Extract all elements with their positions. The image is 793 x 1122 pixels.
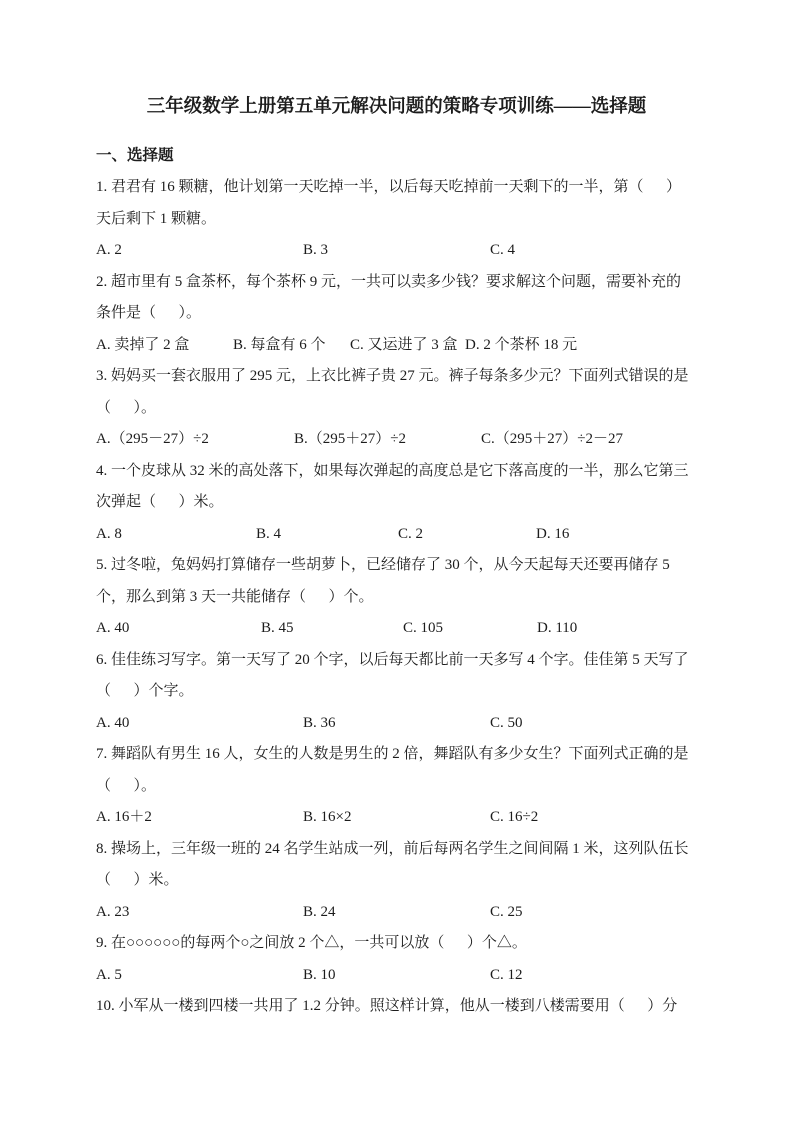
option-item: A. 16＋2 <box>96 802 152 834</box>
question-block: 5. 过冬啦，兔妈妈打算储存一些胡萝卜，已经储存了 30 个，从今天起每天还要再… <box>96 550 697 645</box>
options-row: A. 5B. 10C. 12 <box>96 960 697 992</box>
section-heading: 一、选择题 <box>96 142 697 170</box>
options-row: A. 8B. 4C. 2D. 16 <box>96 519 697 551</box>
question-block: 7. 舞蹈队有男生 16 人，女生的人数是男生的 2 倍，舞蹈队有多少女生？下面… <box>96 739 697 834</box>
question-text-line: （ ）个字。 <box>96 676 697 708</box>
question-block: 4. 一个皮球从 32 米的高处落下，如果每次弹起的高度总是它下落高度的一半，那… <box>96 456 697 551</box>
question-text-line: 8. 操场上，三年级一班的 24 名学生站成一列，前后每两名学生之间间隔 1 米… <box>96 834 697 866</box>
option-item: C. 25 <box>490 897 523 929</box>
question-text-line: 9. 在○○○○○○的每两个○之间放 2 个△，一共可以放（ ）个△。 <box>96 928 697 960</box>
option-item: D. 2 个茶杯 18 元 <box>465 330 577 362</box>
option-item: A.（295－27）÷2 <box>96 424 209 456</box>
options-row: A. 23B. 24C. 25 <box>96 897 697 929</box>
option-item: C. 12 <box>490 960 523 992</box>
option-item: C. 105 <box>403 613 443 645</box>
option-item: A. 5 <box>96 960 122 992</box>
options-row: A. 16＋2B. 16×2C. 16÷2 <box>96 802 697 834</box>
options-row: A. 卖掉了 2 盒B. 每盒有 6 个C. 又运进了 3 盒D. 2 个茶杯 … <box>96 330 697 362</box>
option-item: A. 卖掉了 2 盒 <box>96 330 189 362</box>
option-item: B. 每盒有 6 个 <box>233 330 326 362</box>
option-item: B. 36 <box>303 708 336 740</box>
option-item: C. 4 <box>490 235 515 267</box>
question-text-line: 4. 一个皮球从 32 米的高处落下，如果每次弹起的高度总是它下落高度的一半，那… <box>96 456 697 488</box>
options-row: A. 2B. 3C. 4 <box>96 235 697 267</box>
question-block: 8. 操场上，三年级一班的 24 名学生站成一列，前后每两名学生之间间隔 1 米… <box>96 834 697 929</box>
question-text-line: 10. 小军从一楼到四楼一共用了 1.2 分钟。照这样计算，他从一楼到八楼需要用… <box>96 991 697 1023</box>
option-item: B.（295＋27）÷2 <box>294 424 406 456</box>
question-text-line: 2. 超市里有 5 盒茶杯，每个茶杯 9 元，一共可以卖多少钱？要求解这个问题，… <box>96 267 697 299</box>
option-item: C.（295＋27）÷2－27 <box>481 424 623 456</box>
option-item: A. 8 <box>96 519 122 551</box>
question-text-line: （ ）。 <box>96 393 697 425</box>
question-block: 10. 小军从一楼到四楼一共用了 1.2 分钟。照这样计算，他从一楼到八楼需要用… <box>96 991 697 1023</box>
option-item: C. 2 <box>398 519 423 551</box>
options-row: A. 40B. 45C. 105D. 110 <box>96 613 697 645</box>
question-list: 1. 君君有 16 颗糖，他计划第一天吃掉一半，以后每天吃掉前一天剩下的一半，第… <box>96 172 697 1023</box>
option-item: A. 40 <box>96 708 129 740</box>
question-text-line: 3. 妈妈买一套衣服用了 295 元，上衣比裤子贵 27 元。裤子每条多少元？下… <box>96 361 697 393</box>
question-block: 2. 超市里有 5 盒茶杯，每个茶杯 9 元，一共可以卖多少钱？要求解这个问题，… <box>96 267 697 362</box>
option-item: B. 16×2 <box>303 802 351 834</box>
question-text-line: 1. 君君有 16 颗糖，他计划第一天吃掉一半，以后每天吃掉前一天剩下的一半，第… <box>96 172 697 204</box>
option-item: B. 45 <box>261 613 294 645</box>
document-page: 三年级数学上册第五单元解决问题的策略专项训练——选择题 一、选择题 1. 君君有… <box>0 0 793 1122</box>
question-text-line: 个，那么到第 3 天一共能储存（ ）个。 <box>96 582 697 614</box>
question-text-line: 7. 舞蹈队有男生 16 人，女生的人数是男生的 2 倍，舞蹈队有多少女生？下面… <box>96 739 697 771</box>
options-row: A. 40B. 36C. 50 <box>96 708 697 740</box>
question-text-line: （ ）米。 <box>96 865 697 897</box>
option-item: C. 又运进了 3 盒 <box>350 330 458 362</box>
option-item: D. 110 <box>537 613 577 645</box>
option-item: B. 10 <box>303 960 336 992</box>
options-row: A.（295－27）÷2B.（295＋27）÷2C.（295＋27）÷2－27 <box>96 424 697 456</box>
option-item: D. 16 <box>536 519 569 551</box>
option-item: B. 3 <box>303 235 328 267</box>
question-block: 6. 佳佳练习写字。第一天写了 20 个字，以后每天都比前一天多写 4 个字。佳… <box>96 645 697 740</box>
option-item: A. 23 <box>96 897 129 929</box>
question-text-line: 条件是（ ）。 <box>96 298 697 330</box>
question-text-line: （ ）。 <box>96 771 697 803</box>
option-item: C. 50 <box>490 708 523 740</box>
document-title: 三年级数学上册第五单元解决问题的策略专项训练——选择题 <box>96 94 697 120</box>
question-block: 9. 在○○○○○○的每两个○之间放 2 个△，一共可以放（ ）个△。A. 5B… <box>96 928 697 991</box>
question-block: 1. 君君有 16 颗糖，他计划第一天吃掉一半，以后每天吃掉前一天剩下的一半，第… <box>96 172 697 267</box>
question-text-line: 5. 过冬啦，兔妈妈打算储存一些胡萝卜，已经储存了 30 个，从今天起每天还要再… <box>96 550 697 582</box>
option-item: C. 16÷2 <box>490 802 538 834</box>
question-block: 3. 妈妈买一套衣服用了 295 元，上衣比裤子贵 27 元。裤子每条多少元？下… <box>96 361 697 456</box>
question-text-line: 天后剩下 1 颗糖。 <box>96 204 697 236</box>
question-text-line: 次弹起（ ）米。 <box>96 487 697 519</box>
question-text-line: 6. 佳佳练习写字。第一天写了 20 个字，以后每天都比前一天多写 4 个字。佳… <box>96 645 697 677</box>
option-item: A. 40 <box>96 613 129 645</box>
option-item: A. 2 <box>96 235 122 267</box>
option-item: B. 24 <box>303 897 336 929</box>
option-item: B. 4 <box>256 519 281 551</box>
